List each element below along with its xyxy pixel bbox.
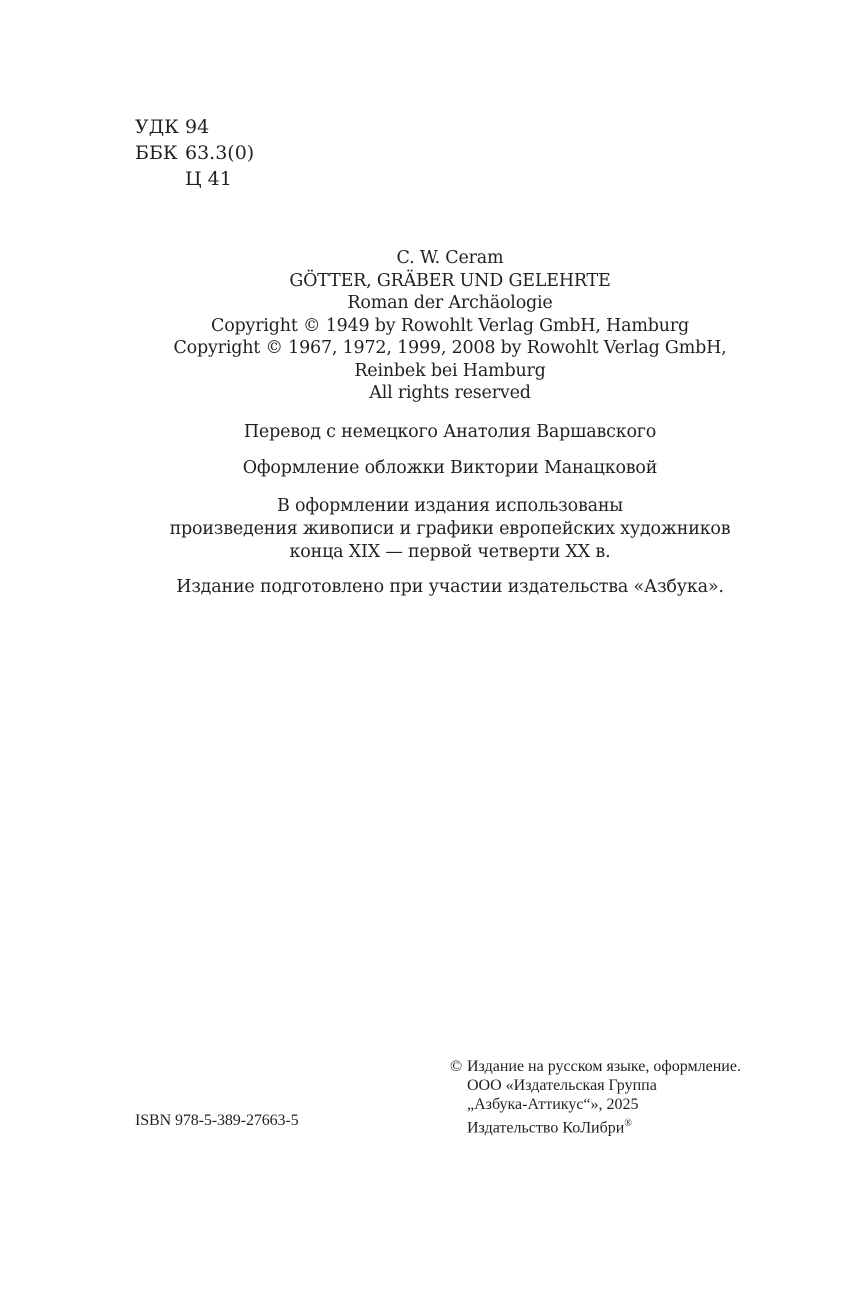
registered-mark-icon: ® (624, 1118, 632, 1129)
bbk-row: ББК 63.3(0) (135, 140, 254, 166)
illustrations-line: произведения живописи и графики европейс… (0, 518, 856, 541)
illustrations-line: конца XIX — первой четверти XX в. (0, 541, 856, 564)
author-mark-label (135, 166, 185, 192)
author-mark-row: Ц 41 (135, 166, 254, 192)
isbn: ISBN 978-5-389-27663-5 (135, 1112, 299, 1130)
publisher-line: ООО «Издательская Группа (450, 1076, 741, 1095)
udk-label: УДК (135, 114, 185, 140)
original-subtitle: Roman der Archäologie (0, 292, 856, 315)
publisher-copyright: ©Издание на русском языке, оформление. О… (450, 1057, 741, 1137)
publisher-line: „Азбука-Аттикус“», 2025 (450, 1095, 741, 1114)
udk-row: УДК 94 (135, 114, 254, 140)
bbk-label: ББК (135, 140, 185, 166)
prepared-note: Издание подготовлено при участии издател… (0, 576, 856, 598)
illustrations-note: В оформлении издания использованы произв… (0, 495, 856, 564)
publisher-line: Издательство КоЛибри (467, 1119, 624, 1136)
author-mark-value: Ц 41 (185, 166, 232, 192)
translator-credit: Перевод с немецкого Анатолия Варшавского (0, 421, 856, 443)
classification-codes: УДК 94 ББК 63.3(0) Ц 41 (135, 114, 254, 192)
copyright-1949: Copyright © 1949 by Rowohlt Verlag GmbH,… (0, 315, 856, 338)
rights-reserved: All rights reserved (0, 382, 856, 405)
original-title: GÖTTER, GRÄBER UND GELEHRTE (0, 270, 856, 293)
udk-value: 94 (185, 114, 209, 140)
bbk-value: 63.3(0) (185, 140, 254, 166)
cover-design-credit: Оформление обложки Виктории Манацковой (0, 457, 856, 479)
illustrations-line: В оформлении издания использованы (0, 495, 856, 518)
copyright-later-place: Reinbek bei Hamburg (0, 360, 856, 383)
copyright-icon: © (450, 1057, 467, 1076)
original-edition-info: C. W. Ceram GÖTTER, GRÄBER UND GELEHRTE … (0, 247, 856, 405)
original-author: C. W. Ceram (0, 247, 856, 270)
copyright-later: Copyright © 1967, 1972, 1999, 2008 by Ro… (0, 337, 856, 360)
publisher-line: Издание на русском языке, оформление. (467, 1058, 741, 1075)
